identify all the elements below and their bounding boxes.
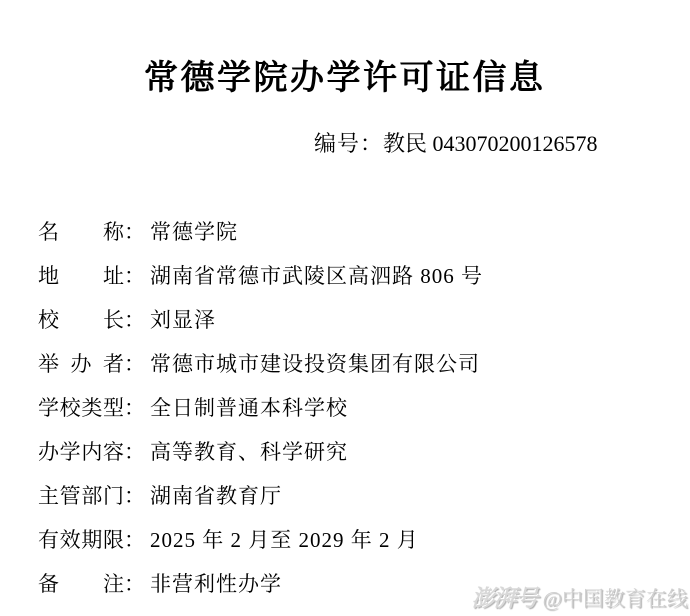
field-colon: ： [124,436,146,466]
field-label: 地址 [38,260,124,290]
field-colon: ： [124,480,146,510]
field-colon: ： [124,260,146,290]
field-value: 非营利性办学 [150,568,282,598]
field-colon: ： [124,304,146,334]
watermark-text: @中国教育在线 [543,583,688,613]
field-colon: ： [124,392,146,422]
field-colon: ： [124,348,146,378]
field-value: 全日制普通本科学校 [150,392,348,422]
field-row-remarks: 备注：非营利性办学 [38,561,483,605]
watermark: 澎湃号 @中国教育在线 [472,580,688,613]
field-label: 举办者 [38,348,124,378]
field-label: 名称 [38,216,124,246]
field-value: 2025 年 2 月至 2029 年 2 月 [150,524,419,554]
field-value: 常德市城市建设投资集团有限公司 [150,348,480,378]
field-value: 常德学院 [150,216,238,246]
serial-value: 教民 043070200126578 [383,131,598,156]
field-row-validity-period: 有效期限：2025 年 2 月至 2029 年 2 月 [38,517,483,561]
field-row-school-type: 学校类型：全日制普通本科学校 [38,385,483,429]
field-label: 主管部门 [38,480,124,510]
field-label: 备注 [38,568,124,598]
field-label: 学校类型 [38,392,124,422]
field-row-name: 名称：常德学院 [38,209,483,253]
field-value: 高等教育、科学研究 [150,436,348,466]
field-row-principal: 校长：刘显泽 [38,297,483,341]
field-colon: ： [124,568,146,598]
field-colon: ： [124,524,146,554]
field-label: 办学内容 [38,436,124,466]
field-value: 湖南省常德市武陵区高泗路 806 号 [150,260,483,290]
field-label: 校长 [38,304,124,334]
field-value: 刘显泽 [150,304,216,334]
field-row-supervising-department: 主管部门：湖南省教育厅 [38,473,483,517]
field-colon: ： [124,216,146,246]
field-row-organizer: 举办者：常德市城市建设投资集团有限公司 [38,341,483,385]
field-value: 湖南省教育厅 [150,480,282,510]
page-title: 常德学院办学许可证信息 [144,50,546,99]
field-row-education-content: 办学内容：高等教育、科学研究 [38,429,483,473]
field-label: 有效期限 [38,524,124,554]
pengpai-logo: 澎湃号 [472,580,538,613]
field-row-address: 地址：湖南省常德市武陵区高泗路 806 号 [38,253,483,297]
field-list: 名称：常德学院 地址：湖南省常德市武陵区高泗路 806 号 校长：刘显泽 举办者… [38,209,483,605]
serial-label: 编号： [314,131,383,156]
serial-number-line: 编号：教民 043070200126578 [314,127,598,158]
